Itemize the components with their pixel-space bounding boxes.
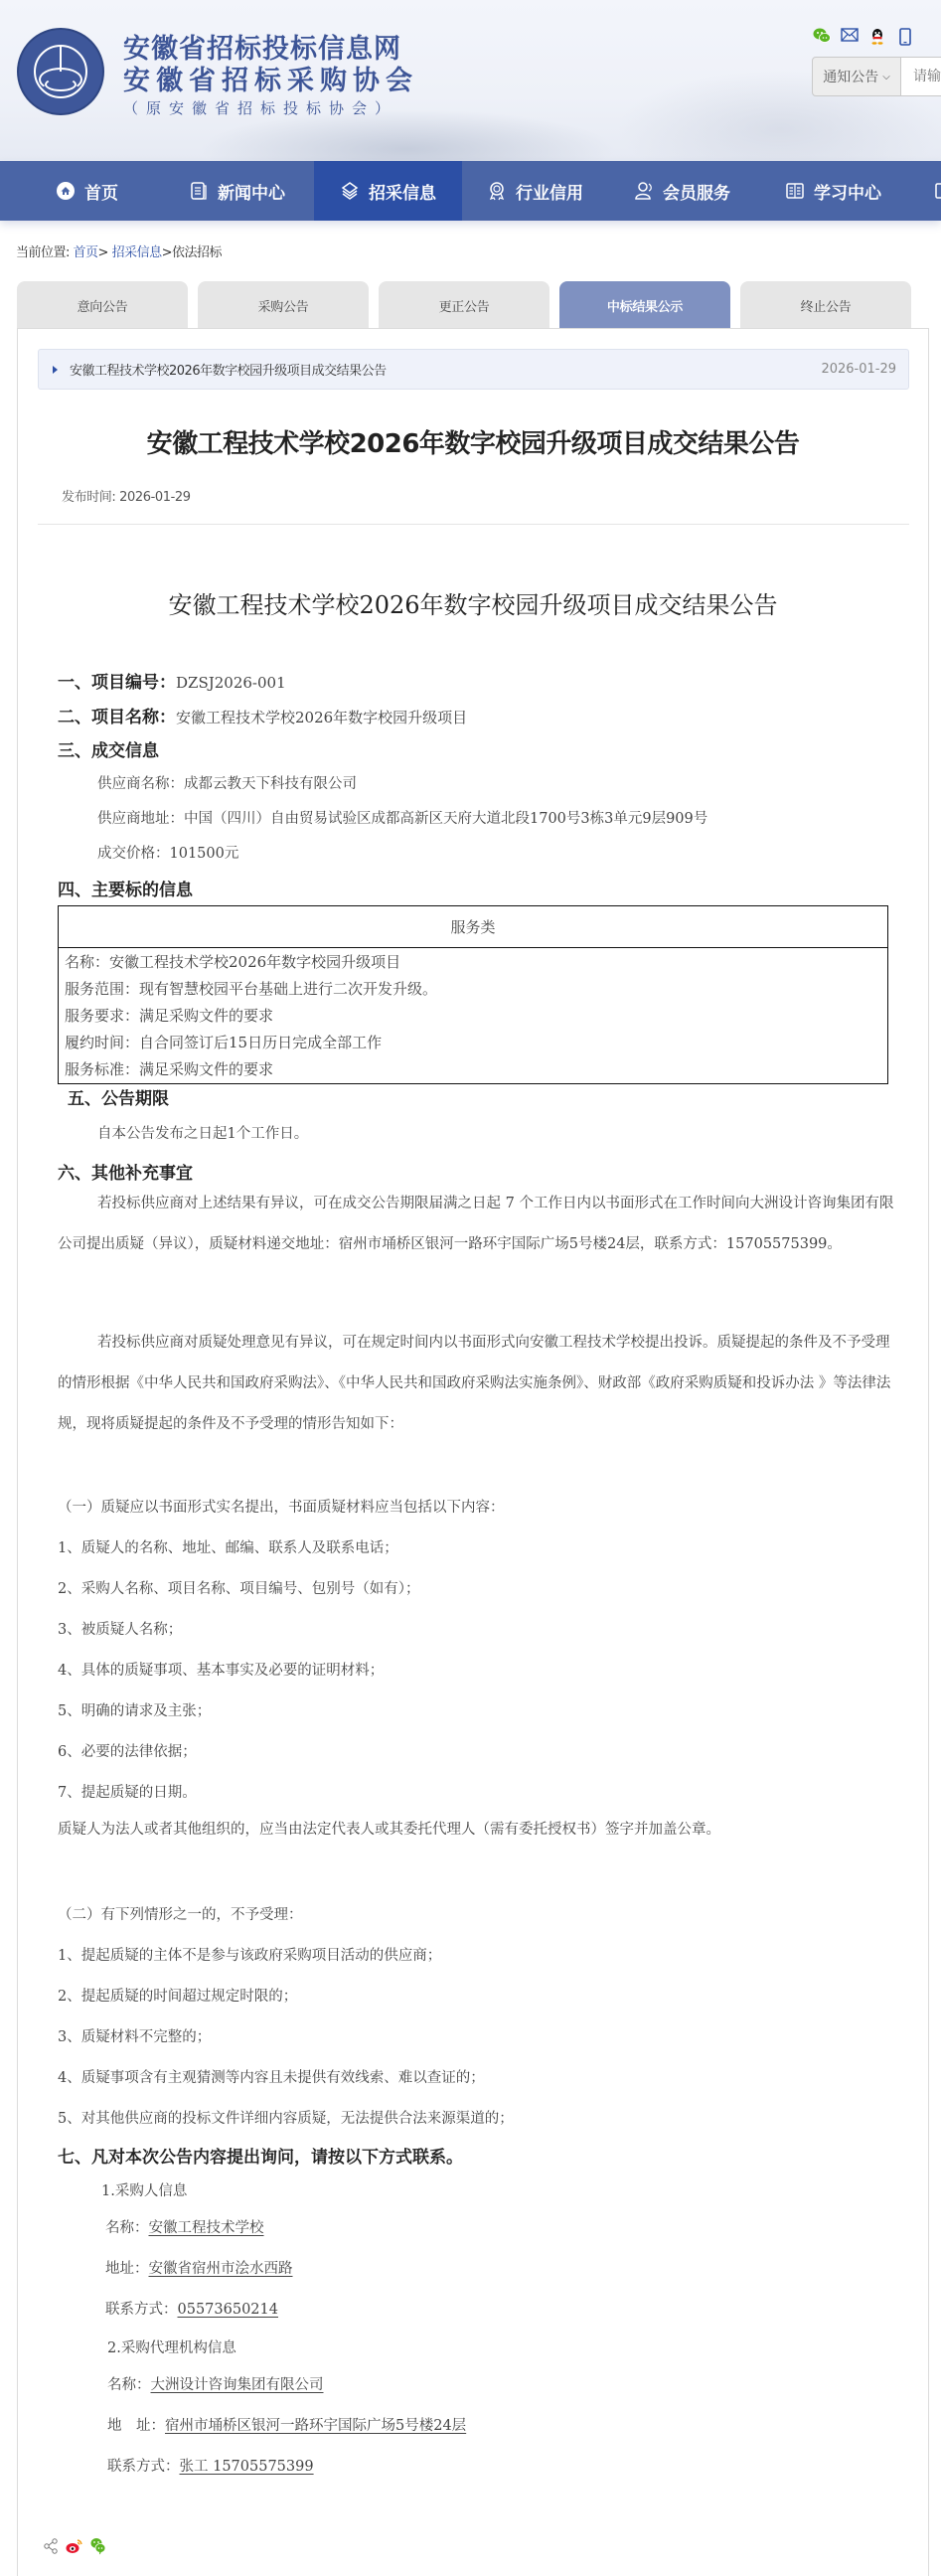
supplier-name: 供应商名称：成都云教天下科技有限公司	[97, 772, 357, 793]
site-title: 安徽省招标投标信息网 安徽省招标采购协会 （原安徽省招标投标协会）	[123, 34, 418, 119]
list-item: 2、采购人名称、项目名称、项目编号、包别号（如有）；	[58, 1577, 419, 1598]
list-item: 5、明确的请求及主张；	[58, 1699, 211, 1720]
nav-item-overflow[interactable]	[934, 161, 941, 221]
objection-requirements-heading: （一）质疑应以书面形式实名提出，书面质疑材料应当包括以下内容：	[58, 1496, 505, 1517]
chevron-down-icon: ⌵	[882, 72, 890, 82]
nav-item-procurement-info[interactable]: 招采信息	[314, 161, 462, 221]
award-icon	[487, 181, 507, 201]
nav-item-learning-center[interactable]: 学习中心	[785, 161, 909, 221]
list-item: 3、被质疑人名称；	[58, 1618, 182, 1639]
tab-procurement-notice[interactable]: 采购公告	[198, 281, 369, 329]
site-title-former-name: （原安徽省招标投标协会）	[123, 97, 418, 119]
layers-icon	[340, 181, 360, 201]
list-item: 1、质疑人的名称、地址、邮编、联系人及联系电话；	[58, 1536, 398, 1557]
buyer-name: 名称：安徽工程技术学校	[105, 2216, 264, 2237]
mail-icon[interactable]	[841, 28, 859, 46]
grid-icon	[934, 181, 941, 201]
project-number: DZSJ2026-001	[176, 674, 286, 692]
phone-icon[interactable]	[896, 28, 914, 46]
buyer-phone-link[interactable]: 05573650214	[178, 2302, 278, 2318]
qq-icon[interactable]	[868, 28, 886, 46]
breadcrumb-link-procurement[interactable]: 招采信息	[112, 245, 162, 260]
nav-item-home[interactable]: 首页	[56, 161, 155, 221]
section-deal-info: 三、成交信息	[58, 736, 159, 761]
announcement-link-title[interactable]: 安徽工程技术学校2026年数字校园升级项目成交结果公告	[70, 360, 387, 379]
section-main-subject: 四、主要标的信息	[58, 876, 193, 900]
table-header: 服务类	[59, 906, 888, 948]
site-search: 通知公告 ⌵	[812, 57, 941, 96]
search-input[interactable]	[901, 57, 941, 96]
list-item: 6、必要的法律依据；	[58, 1740, 197, 1761]
article-title: 安徽工程技术学校2026年数字校园升级项目成交结果公告	[18, 423, 928, 460]
breadcrumb-current: 依法招标	[172, 245, 222, 260]
list-item: 2、提起质疑的时间超过规定时限的；	[58, 1985, 297, 2006]
header-social-links	[813, 28, 914, 46]
nav-item-label: 招采信息	[369, 179, 436, 204]
title-divider	[38, 524, 909, 525]
buyer-address: 地址：安徽省宿州市浍水西路	[105, 2257, 293, 2278]
nav-item-label: 会员服务	[663, 179, 730, 204]
agency-name-link[interactable]: 大洲设计咨询集团有限公司	[151, 2377, 324, 2393]
main-navigation: 首页 新闻中心 招采信息 行业信用 会员服务 学习中心	[0, 161, 941, 221]
document-title: 安徽工程技术学校2026年数字校园升级项目成交结果公告	[58, 585, 888, 620]
notice-period-text: 自本公告发布之日起1个工作日。	[97, 1122, 308, 1143]
section-project-name: 二、项目名称：安徽工程技术学校2026年数字校园升级项目	[58, 703, 467, 727]
caret-right-icon	[53, 366, 58, 374]
share-bar	[42, 2537, 107, 2555]
buyer-address-link[interactable]: 安徽省宿州市浍水西路	[149, 2261, 293, 2277]
list-item: 7、提起质疑的日期。	[58, 1781, 197, 1802]
section-other-matters: 六、其他补充事宜	[58, 1159, 193, 1184]
tab-termination-notice[interactable]: 终止公告	[740, 281, 911, 329]
table-row: 名称：安徽工程技术学校2026年数字校园升级项目	[59, 948, 888, 977]
breadcrumb-link-home[interactable]: 首页	[74, 245, 98, 260]
buyer-contact: 联系方式：05573650214	[105, 2298, 278, 2319]
list-item: 4、质疑事项含有主观猜测等内容且未提供有效线索、难以查证的；	[58, 2066, 485, 2087]
home-icon	[56, 181, 76, 201]
project-name: 安徽工程技术学校2026年数字校园升级项目	[176, 709, 467, 726]
objection-paragraph: 若投标供应商对上述结果有异议，可在成交公告期限届满之日起 7 个工作日内以书面形…	[58, 1184, 902, 1265]
weibo-icon[interactable]	[66, 2537, 83, 2555]
book-icon	[785, 181, 805, 201]
table-row: 服务要求：满足采购文件的要求	[59, 1003, 888, 1030]
deal-price: 成交价格：101500元	[97, 842, 238, 863]
wechat-icon[interactable]	[89, 2537, 107, 2555]
section-project-number: 一、项目编号：DZSJ2026-001	[58, 668, 286, 693]
site-title-secondary: 安徽省招标采购协会	[123, 66, 418, 97]
buyer-name-link[interactable]: 安徽工程技术学校	[149, 2220, 264, 2236]
table-row: 服务标准：满足采购文件的要求	[59, 1056, 888, 1084]
section-contact: 七、凡对本次公告内容提出询问，请按以下方式联系。	[58, 2143, 463, 2168]
share-icon[interactable]	[42, 2537, 60, 2555]
rejection-conditions-heading: （二）有下列情形之一的，不予受理：	[58, 1903, 303, 1924]
signature-requirement: 质疑人为法人或者其他组织的，应当由法定代表人或其委托代理人（需有委托授权书）签字…	[58, 1810, 902, 1851]
table-row: 服务范围：现有智慧校园平台基础上进行二次开发升级。	[59, 976, 888, 1003]
service-info-table: 服务类 名称：安徽工程技术学校2026年数字校园升级项目 服务范围：现有智慧校园…	[58, 905, 888, 1084]
list-item: 4、具体的质疑事项、基本事实及必要的证明材料；	[58, 1659, 384, 1680]
nav-item-label: 新闻中心	[218, 179, 285, 204]
publish-time: 发布时间: 2026-01-29	[62, 486, 191, 505]
list-item: 1、提起质疑的主体不是参与该政府采购项目活动的供应商；	[58, 1944, 441, 1965]
content-panel: 安徽工程技术学校2026年数字校园升级项目成交结果公告 2026-01-29 安…	[17, 328, 929, 2576]
tab-correction-notice[interactable]: 更正公告	[379, 281, 549, 329]
announcement-list-item[interactable]: 安徽工程技术学校2026年数字校园升级项目成交结果公告 2026-01-29	[38, 349, 909, 390]
table-row: 履约时间：自合同签订后15日历日完成全部工作	[59, 1030, 888, 1056]
wechat-icon[interactable]	[813, 28, 831, 46]
announcement-date: 2026-01-29	[821, 362, 896, 377]
tab-intent-notice[interactable]: 意向公告	[17, 281, 188, 329]
breadcrumb: 当前位置: 首页> 招采信息>依法招标	[16, 241, 222, 260]
supplier-address: 供应商地址：中国（四川）自由贸易试验区成都高新区天府大道北段1700号3栋3单元…	[97, 807, 707, 828]
agency-name: 名称：大洲设计咨询集团有限公司	[107, 2373, 324, 2394]
list-item: 3、质疑材料不完整的；	[58, 2025, 211, 2046]
document-icon	[189, 181, 209, 201]
search-category-value: 通知公告	[823, 67, 878, 86]
nav-item-news[interactable]: 新闻中心	[189, 161, 308, 221]
nav-item-member-services[interactable]: 会员服务	[634, 161, 758, 221]
nav-item-industry-credit[interactable]: 行业信用	[487, 161, 606, 221]
search-category-select[interactable]: 通知公告 ⌵	[812, 57, 901, 96]
association-logo[interactable]	[17, 28, 104, 115]
agency-address-link[interactable]: 宿州市埇桥区银河一路环宇国际广场5号楼24层	[165, 2418, 466, 2434]
users-icon	[634, 181, 654, 201]
nav-item-label: 首页	[84, 179, 118, 204]
nav-item-label: 学习中心	[814, 179, 881, 204]
site-header: 安徽省招标投标信息网 安徽省招标采购协会 （原安徽省招标投标协会） 通知公告 ⌵	[0, 0, 941, 161]
nav-item-label: 行业信用	[516, 179, 583, 204]
site-title-primary: 安徽省招标投标信息网	[123, 34, 418, 66]
buyer-info-heading: 1.采购人信息	[101, 2179, 187, 2200]
agency-contact-link[interactable]: 张工 15705575399	[180, 2459, 314, 2475]
tab-award-result[interactable]: 中标结果公示	[559, 281, 730, 329]
agency-contact: 联系方式：张工 15705575399	[107, 2455, 314, 2476]
agency-info-heading: 2.采购代理机构信息	[107, 2336, 236, 2357]
agency-address: 地 址：宿州市埇桥区银河一路环宇国际广场5号楼24层	[107, 2414, 466, 2435]
breadcrumb-prefix: 当前位置:	[16, 245, 70, 260]
list-item: 5、对其他供应商的投标文件详细内容质疑，无法提供合法来源渠道的；	[58, 2107, 514, 2128]
section-notice-period: 五、公告期限	[68, 1084, 169, 1109]
complaint-paragraph: 若投标供应商对质疑处理意见有异议，可在规定时间内以书面形式向安徽工程技术学校提出…	[58, 1323, 902, 1445]
